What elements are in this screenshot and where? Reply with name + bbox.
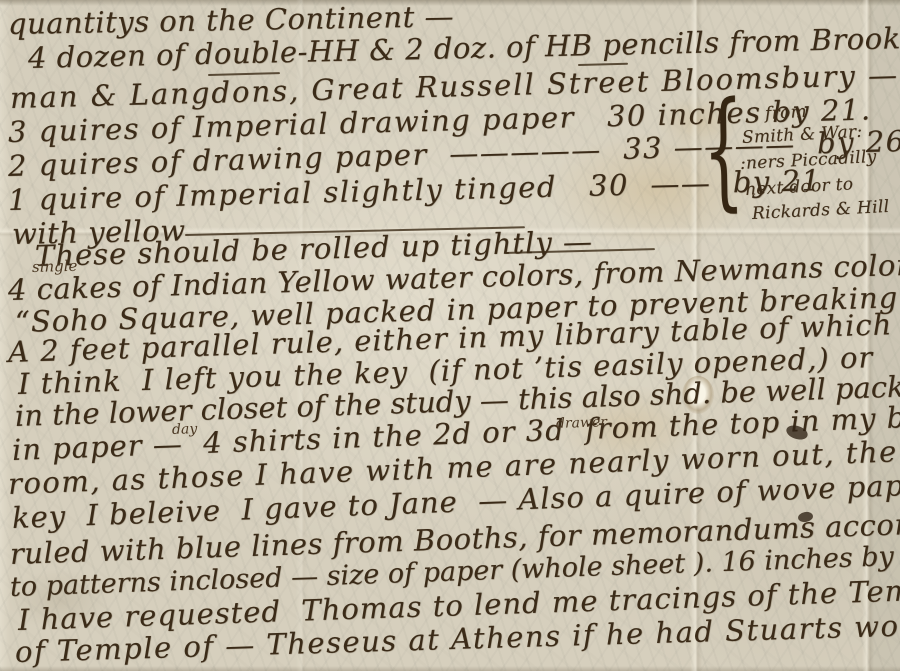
inserted-word-single: single xyxy=(32,257,78,276)
letter-page: quantitys on the Continent — 4 dozen of … xyxy=(0,0,900,671)
inserted-word-day: day xyxy=(172,421,198,438)
margin-note-brace: { xyxy=(702,85,745,216)
margin-note-line-4: next door to xyxy=(744,174,853,200)
margin-note-line-1: from xyxy=(764,102,807,124)
margin-note-line-5: Rickards & Hill xyxy=(751,197,889,224)
inserted-word-drawer: drawer xyxy=(556,414,607,432)
